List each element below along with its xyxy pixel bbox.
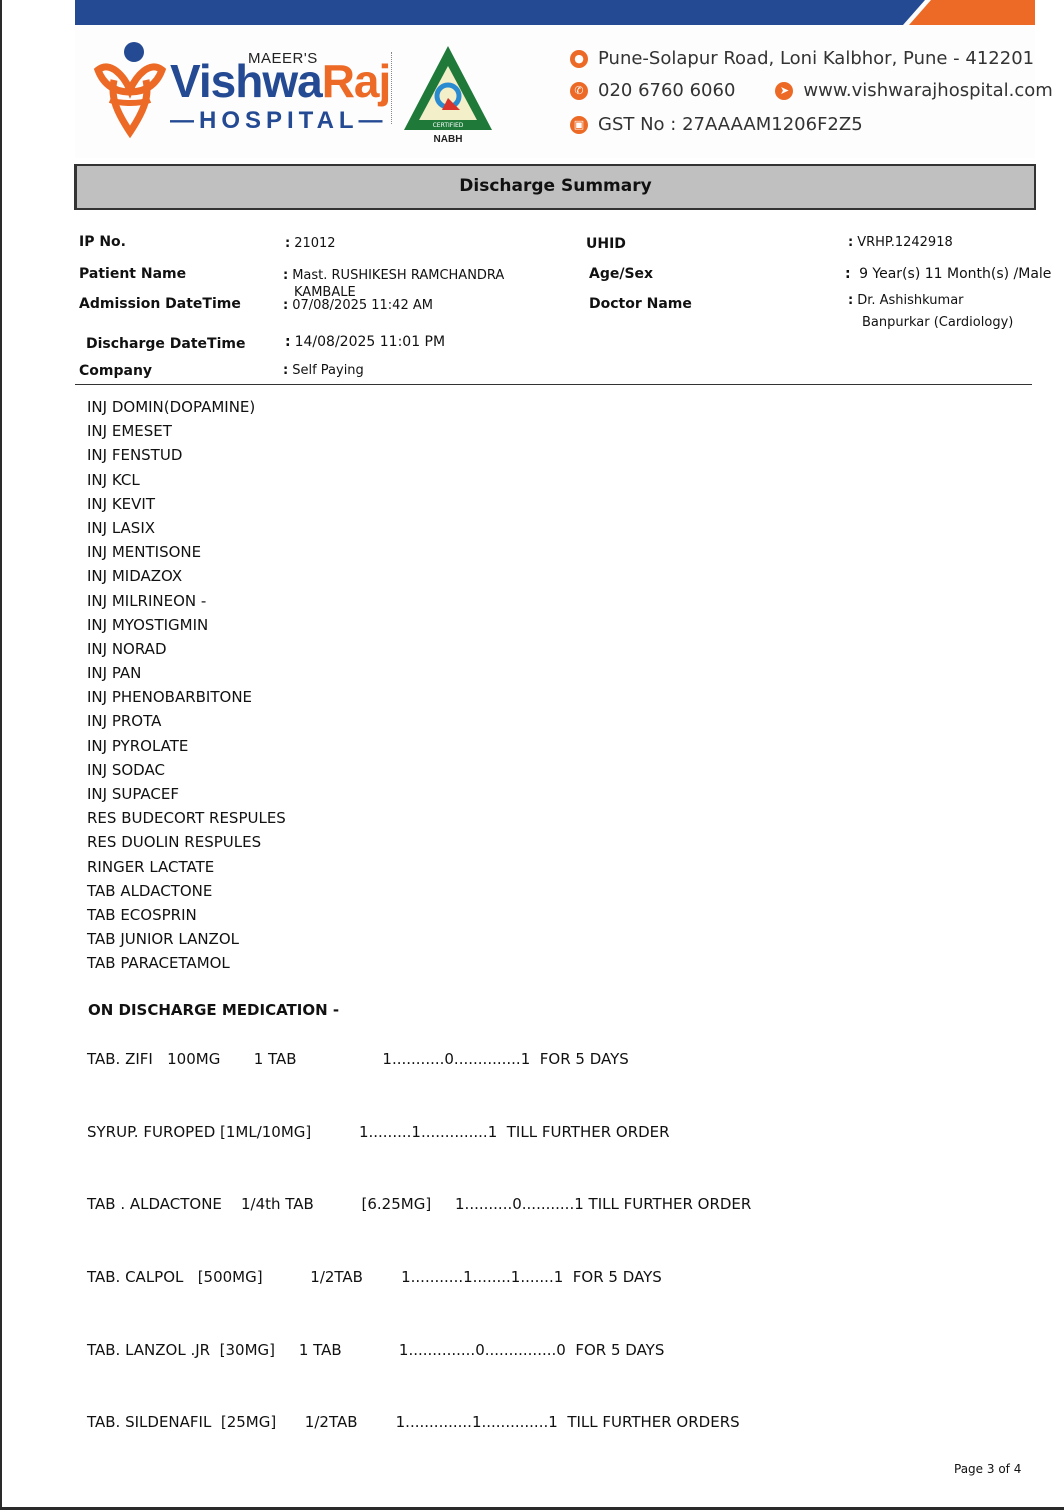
discharge-medication-heading: ON DISCHARGE MEDICATION - <box>88 1001 339 1019</box>
medications-given-list: INJ DOMIN(DOPAMINE) INJ EMESET INJ FENST… <box>87 396 286 977</box>
list-item: INJ EMESET <box>87 420 286 444</box>
list-item: INJ PAN <box>87 662 286 686</box>
info-divider <box>75 384 1032 385</box>
doctor-label: Doctor Name <box>589 296 692 312</box>
list-item: INJ DOMIN(DOPAMINE) <box>87 396 286 420</box>
brand-name: VishwaRaj <box>170 58 390 104</box>
list-item: RES BUDECORT RESPULES <box>87 807 286 831</box>
list-item: TAB PARACETAMOL <box>87 952 286 976</box>
gst-line: ▣ GST No : 27AAAAM1206F2Z5 <box>570 114 863 135</box>
uhid-value: :VRHP.1242918 <box>848 235 953 250</box>
ip-no-label: IP No. <box>79 234 126 250</box>
prescription-line: TAB. LANZOL .JR [30MG] 1 TAB 1..........… <box>87 1341 664 1359</box>
list-item: INJ NORAD <box>87 638 286 662</box>
list-item: INJ MIDAZOX <box>87 565 286 589</box>
age-sex-label: Age/Sex <box>589 266 653 282</box>
letterhead-color-bar <box>75 0 1035 25</box>
document-title: Discharge Summary <box>74 164 1036 210</box>
contact-line: ✆ 020 6760 6060 ➤ www.vishwarajhospital.… <box>570 80 1053 101</box>
list-item: INJ LASIX <box>87 517 286 541</box>
list-item: INJ KEVIT <box>87 493 286 517</box>
discharge-value: :14/08/2025 11:01 PM <box>285 334 445 350</box>
list-item: INJ PHENOBARBITONE <box>87 686 286 710</box>
doctor-value-line2: Banpurkar (Cardiology) <box>862 315 1013 330</box>
prescription-line: TAB. SILDENAFIL [25MG] 1/2TAB 1.........… <box>87 1413 740 1431</box>
nabh-badge-icon: CERTIFIED <box>402 44 494 134</box>
admission-label: Admission DateTime <box>79 296 241 312</box>
prescription-line: TAB. CALPOL [500MG] 1/2TAB 1...........1… <box>87 1268 662 1286</box>
patient-name-label: Patient Name <box>79 266 186 282</box>
prescription-line: TAB . ALDACTONE 1/4th TAB [6.25MG] 1....… <box>87 1195 751 1213</box>
list-item: INJ MILRINEON - <box>87 590 286 614</box>
list-item: INJ PROTA <box>87 710 286 734</box>
cursor-icon: ➤ <box>775 82 793 100</box>
phone-number: 020 6760 6060 <box>598 80 735 101</box>
prescription-line: SYRUP. FUROPED [1ML/10MG] 1.........1...… <box>87 1123 670 1141</box>
discharge-label: Discharge DateTime <box>86 336 245 352</box>
admission-value: :07/08/2025 11:42 AM <box>283 298 433 313</box>
list-item: INJ PYROLATE <box>87 735 286 759</box>
doctor-value: :Dr. Ashishkumar <box>848 293 964 308</box>
uhid-label: UHID <box>586 236 626 252</box>
page-indicator: Page 3 of 4 <box>954 1462 1021 1476</box>
prescription-line: TAB. ZIFI 100MG 1 TAB 1...........0.....… <box>87 1050 629 1068</box>
knot-emblem-icon <box>90 40 170 140</box>
list-item: RINGER LACTATE <box>87 856 286 880</box>
nabh-label: NABH <box>402 134 494 145</box>
list-item: TAB JUNIOR LANZOL <box>87 928 286 952</box>
list-item: TAB ECOSPRIN <box>87 904 286 928</box>
age-sex-value: : 9 Year(s) 11 Month(s) /Male <box>845 266 1051 282</box>
receipt-icon: ▣ <box>570 116 588 134</box>
patient-name-value: :Mast. RUSHIKESH RAMCHANDRA <box>283 268 504 283</box>
company-value: :Self Paying <box>283 363 364 378</box>
list-item: INJ FENSTUD <box>87 444 286 468</box>
list-item: INJ SUPACEF <box>87 783 286 807</box>
brand-subtitle: —HOSPITAL— <box>170 107 388 135</box>
website-link[interactable]: www.vishwarajhospital.com <box>803 80 1052 101</box>
list-item: RES DUOLIN RESPULES <box>87 831 286 855</box>
list-item: INJ MYOSTIGMIN <box>87 614 286 638</box>
ip-no-value: :21012 <box>285 236 336 251</box>
company-label: Company <box>79 363 152 379</box>
list-item: INJ MENTISONE <box>87 541 286 565</box>
address-line: ● Pune-Solapur Road, Loni Kalbhor, Pune … <box>570 48 1034 69</box>
phone-icon: ✆ <box>570 82 588 100</box>
list-item: TAB ALDACTONE <box>87 880 286 904</box>
location-pin-icon: ● <box>570 50 588 68</box>
svg-text:CERTIFIED: CERTIFIED <box>433 122 464 129</box>
logo-divider <box>391 52 392 124</box>
list-item: INJ SODAC <box>87 759 286 783</box>
list-item: INJ KCL <box>87 469 286 493</box>
